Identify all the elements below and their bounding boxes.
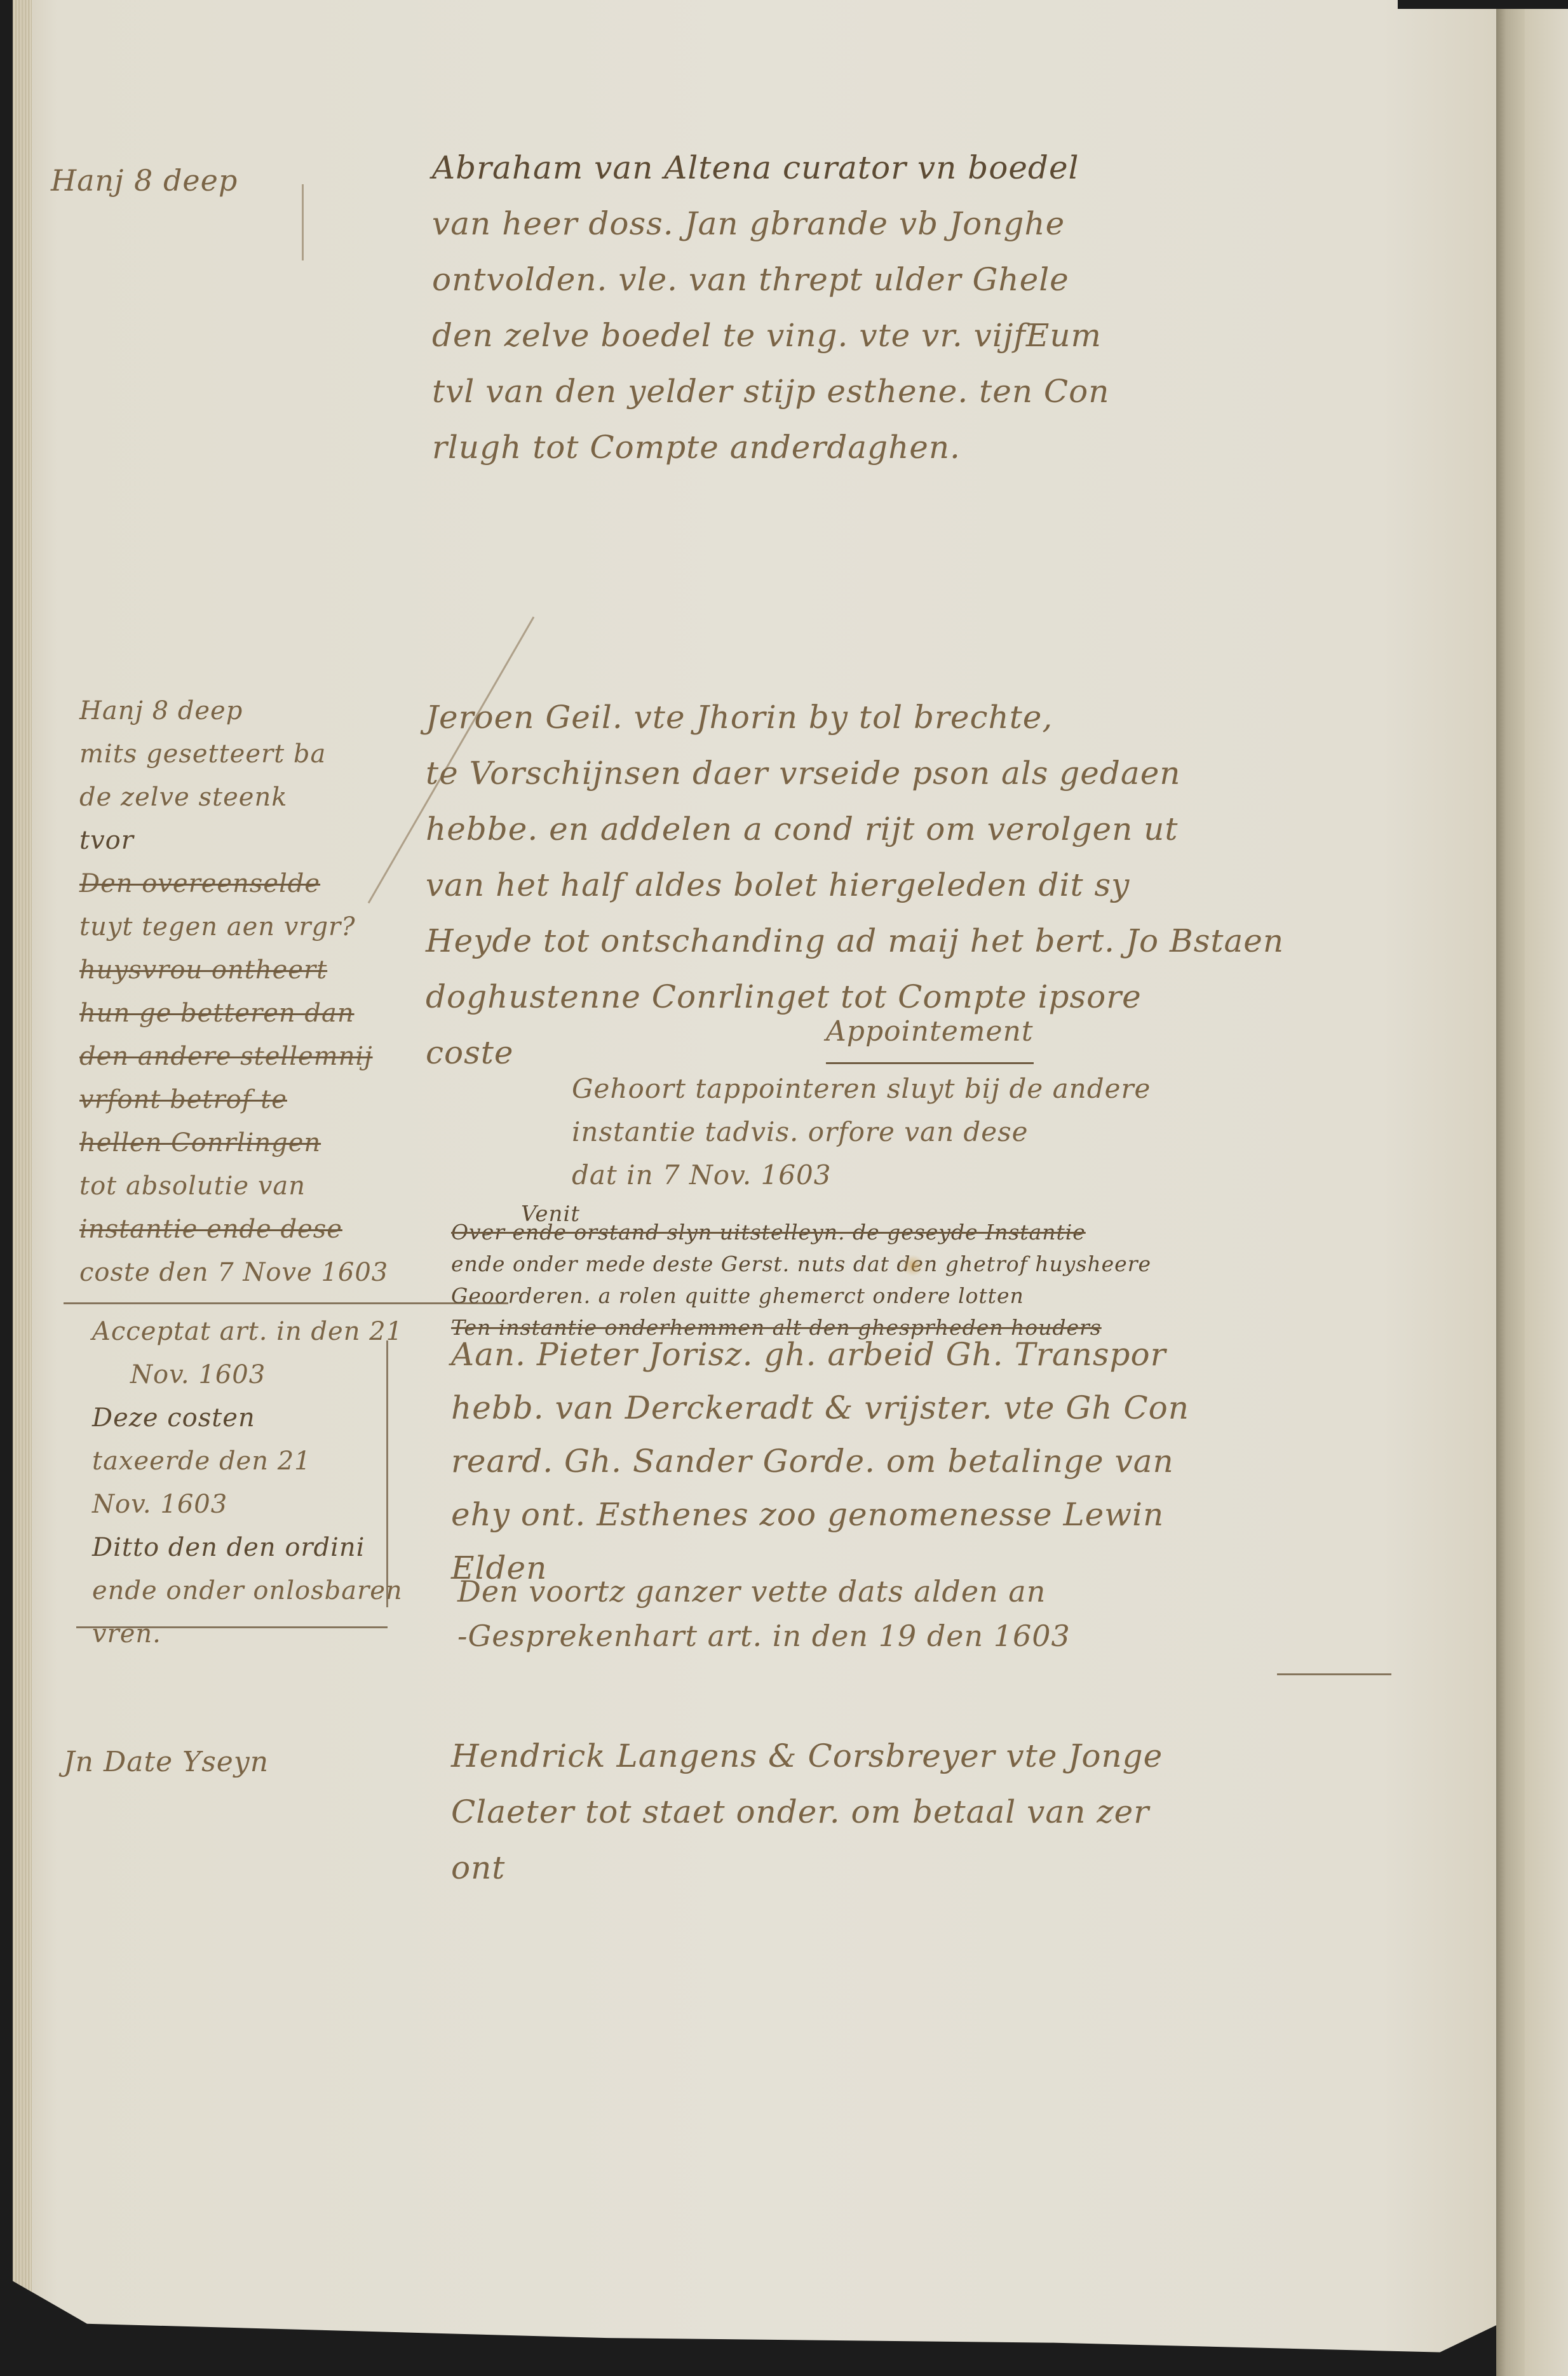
book-gutter [1496,0,1525,2376]
margin-line: Hanj 8 deep [79,689,388,732]
entry-3-line: Hendrick Langens & Corsbreyer vte Jonge [451,1728,1163,1784]
entry-2-line: hebbe. en addelen a cond rijt om verolge… [426,801,1284,857]
margin-line: Acceptat art. in den 21 [92,1310,403,1353]
margin-line: tvor [79,819,388,862]
entry-3-body: Hendrick Langens & Corsbreyer vte Jonge … [451,1728,1163,1896]
entry-2-line: Heyde tot ontschanding ad maij het bert.… [426,913,1284,969]
continuation-line: ehy ont. Esthenes zoo genomenesse Lewin [451,1488,1189,1541]
margin-line: tot absolutie van [79,1164,388,1208]
margin-box-right-edge [386,1340,388,1607]
margin-line: hun ge betteren dan [79,992,388,1035]
entry-2-margin-box: Acceptat art. in den 21 Nov. 1603 Deze c… [92,1310,403,1656]
manuscript-page: Hanj 8 deep Abraham van Altena curator v… [13,0,1499,2376]
entry-1-body: Abraham van Altena curator vn boedel van… [432,140,1110,475]
margin-line: huysvrou ontheert [79,948,388,992]
venit-line: Geoorderen. a rolen quitte ghemerct onde… [451,1280,1151,1312]
margin-line: mits gesetteert ba [79,732,388,776]
margin-line: vrfont betrof te [79,1078,388,1121]
margin-divider [64,1302,508,1304]
entry-1-line: ontvolden. vle. van thrept ulder Ghele [432,252,1110,307]
entry-2-line: van het half aldes bolet hiergeleden dit… [426,857,1284,913]
continuation-line: hebb. van Derckeradt & vrijster. vte Gh … [451,1381,1189,1434]
venit-line: Over ende orstand slyn uitstelleyn. de g… [451,1217,1151,1248]
margin-line: Den overeenselde [79,862,388,905]
continuation-block: Aan. Pieter Jorisz. gh. arbeid Gh. Trans… [451,1328,1189,1595]
venit-line: ende onder mede deste Gerst. nuts dat de… [451,1248,1151,1280]
entry-1-line: rlugh tot Compte anderdaghen. [432,419,1110,475]
appointement-block: Gehoort tappointeren sluyt bij de andere… [572,1067,1151,1197]
margin-box-bottom-edge [76,1626,388,1628]
entry-1-line: van heer doss. Jan gbrande vb Jonghe [432,196,1110,252]
appointement-line: Gehoort tappointeren sluyt bij de andere [572,1067,1151,1110]
closing-block: Den voortz ganzer vette dats alden an -G… [457,1569,1071,1658]
margin-line: vren. [92,1612,403,1656]
margin-line: Deze costen [92,1396,403,1440]
margin-line: Ditto den den ordini [92,1526,403,1569]
entry-3-line: Claeter tot staet onder. om betaal van z… [451,1784,1163,1840]
entry-1-line: Abraham van Altena curator vn boedel [432,140,1110,196]
margin-line: ende onder onlosbaren [92,1569,403,1612]
entry-2-line: te Vorschijnsen daer vrseide pson als ge… [426,745,1284,801]
entry-3-line: ont [451,1840,1163,1896]
margin-line: instantie ende dese [79,1208,388,1251]
margin-note-entry-3: Jn Date Yseyn [64,1741,269,1784]
margin-note-entry-1: Hanj 8 deep [51,159,238,202]
continuation-line: Aan. Pieter Jorisz. gh. arbeid Gh. Trans… [451,1328,1189,1381]
margin-flourish [302,184,304,260]
ink-stain [902,1255,924,1276]
page-edge-stack [13,0,32,2376]
background-strip [1398,0,1568,9]
margin-line: taxeerde den 21 [92,1440,403,1483]
entry-2-line: Jeroen Geil. vte Jhorin by tol brechte, [426,689,1284,745]
margin-line: den andere stellemnij [79,1035,388,1078]
margin-line: Nov. 1603 [92,1483,403,1526]
margin-line: tuyt tegen aen vrgr? [79,905,388,948]
entry-1-line: den zelve boedel te ving. vte vr. vijfEu… [432,307,1110,363]
entry-2-margin: Hanj 8 deep mits gesetteert ba de zelve … [79,689,388,1294]
appointement-heading: Appointement [826,1004,1034,1064]
margin-line: hellen Conrlingen [79,1121,388,1164]
closing-underline [1277,1673,1391,1675]
margin-line: coste den 7 Nove 1603 [79,1251,388,1294]
margin-line: Nov. 1603 [130,1353,441,1396]
appointement-line: instantie tadvis. orfore van dese [572,1110,1151,1154]
closing-line: Den voortz ganzer vette dats alden an [457,1569,1071,1614]
margin-line: de zelve steenk [79,776,388,819]
entry-1-line: tvl van den yelder stijp esthene. ten Co… [432,363,1110,419]
continuation-line: reard. Gh. Sander Gorde. om betalinge va… [451,1434,1189,1488]
venit-block: Over ende orstand slyn uitstelleyn. de g… [451,1217,1151,1344]
appointement-line: dat in 7 Nov. 1603 [572,1154,1151,1197]
closing-line: -Gesprekenhart art. in den 19 den 1603 [457,1614,1071,1658]
facing-page-edge [1525,0,1568,2376]
